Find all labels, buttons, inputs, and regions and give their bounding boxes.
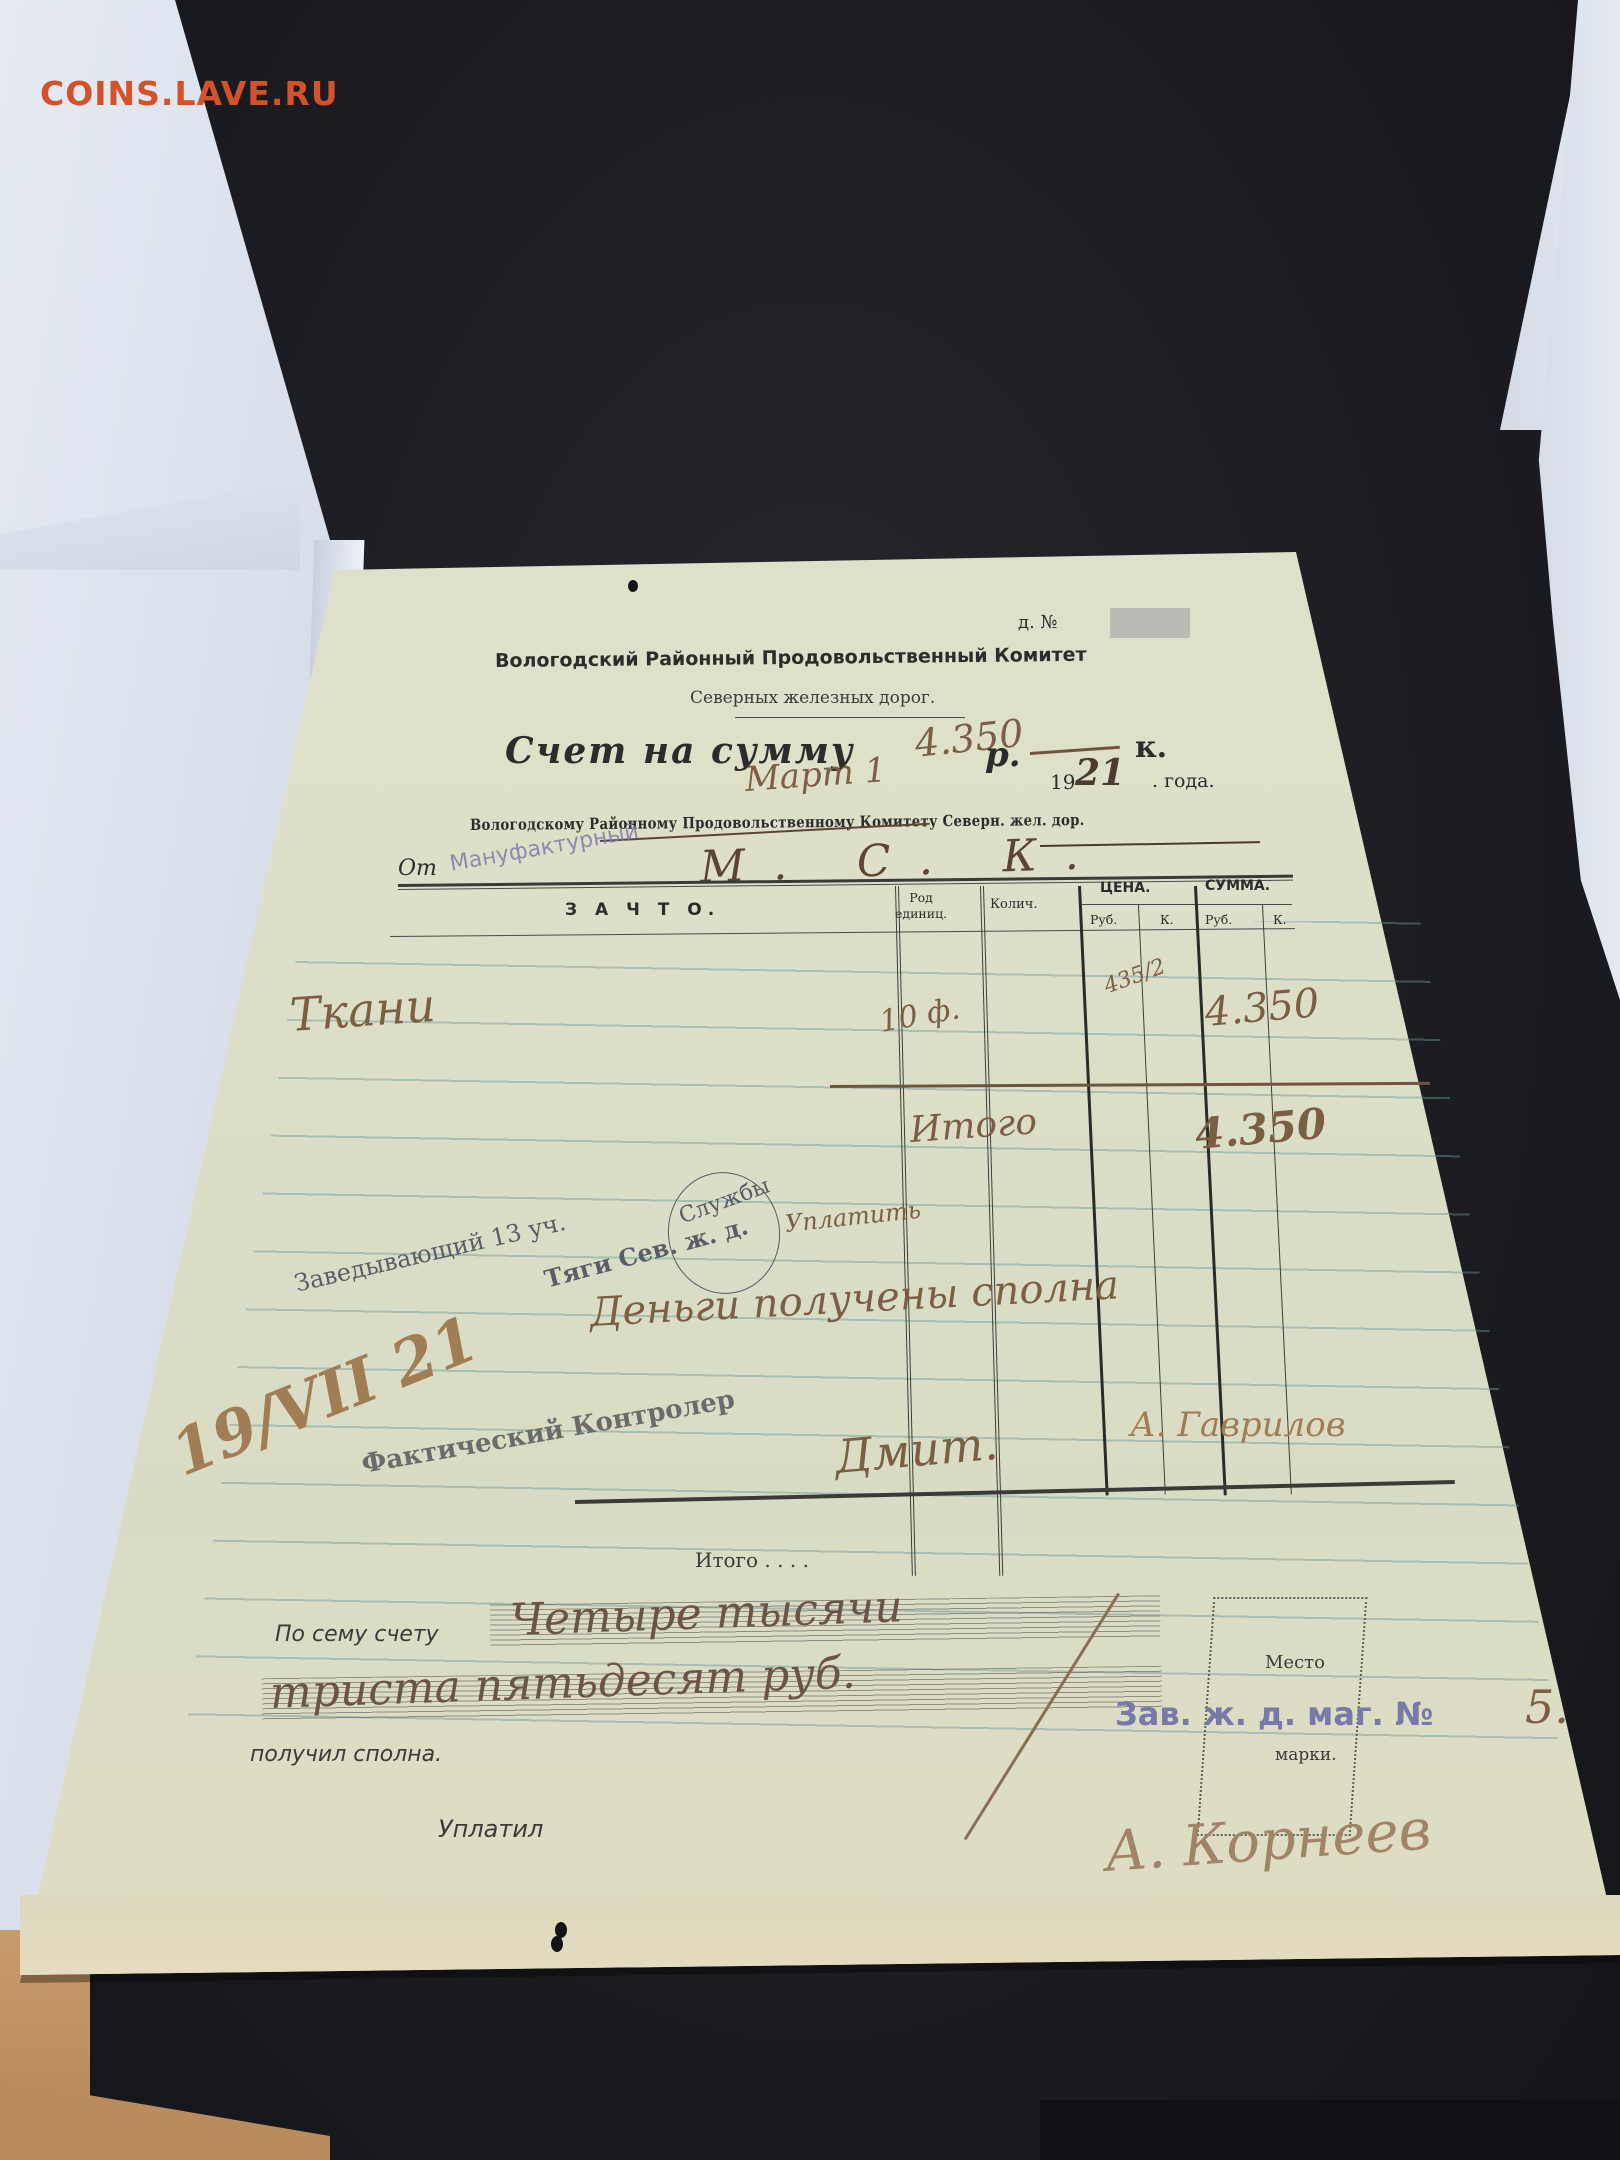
column-header-what: З А Ч Т О. (565, 900, 720, 920)
subtitle-underline (735, 717, 965, 718)
punch-hole (628, 580, 638, 592)
warehouse-stamp: Зав. ж. д. маг. № (1115, 1695, 1433, 1733)
stamp-place-label-2: марки. (1275, 1745, 1337, 1765)
handwritten-year: 21 (1075, 752, 1125, 794)
sum-kop-header: К. (1273, 912, 1287, 927)
item-name: Ткани (288, 978, 437, 1042)
punch-hole (551, 1936, 563, 1952)
kopecks-label: к. (1135, 730, 1167, 765)
total-label: Итого . . . . (695, 1548, 809, 1572)
column-header-price: ЦЕНА. (1100, 880, 1150, 896)
column-header-unit: Род единиц. (895, 890, 947, 922)
organization-subtitle: Северных железных дорог. (690, 688, 935, 708)
site-watermark: COINS.LAVE.RU (40, 74, 339, 113)
second-signature: А. Гаврилов (1130, 1405, 1346, 1445)
price-kop-header: К. (1160, 912, 1174, 927)
stamp-place-label-1: Место (1265, 1652, 1325, 1673)
received-label: получил сполна. (250, 1742, 442, 1767)
from-label: От (398, 856, 437, 881)
redacted-number-box (1110, 608, 1190, 638)
rubles-label: р. (985, 735, 1021, 775)
column-header-quantity: Колич. (990, 897, 1038, 912)
column-header-unit-line1: Род (895, 890, 947, 906)
column-header-unit-line2: единиц. (895, 906, 947, 922)
column-header-sum: СУММА. (1205, 878, 1270, 894)
sum-rub-header: Руб. (1205, 912, 1232, 927)
year-prefix: 19 (1050, 770, 1075, 794)
document-number-label: д. № (1018, 612, 1058, 633)
by-this-account-label: По сему счету (275, 1622, 439, 1647)
cloth-fold (1040, 2100, 1620, 2160)
price-rub-header: Руб. (1090, 912, 1117, 927)
paid-label: Уплатил (438, 1815, 543, 1843)
year-suffix: . года. (1152, 770, 1215, 792)
price-sum-divider (1082, 904, 1292, 905)
warehouse-number: 5. (1525, 1680, 1569, 1734)
